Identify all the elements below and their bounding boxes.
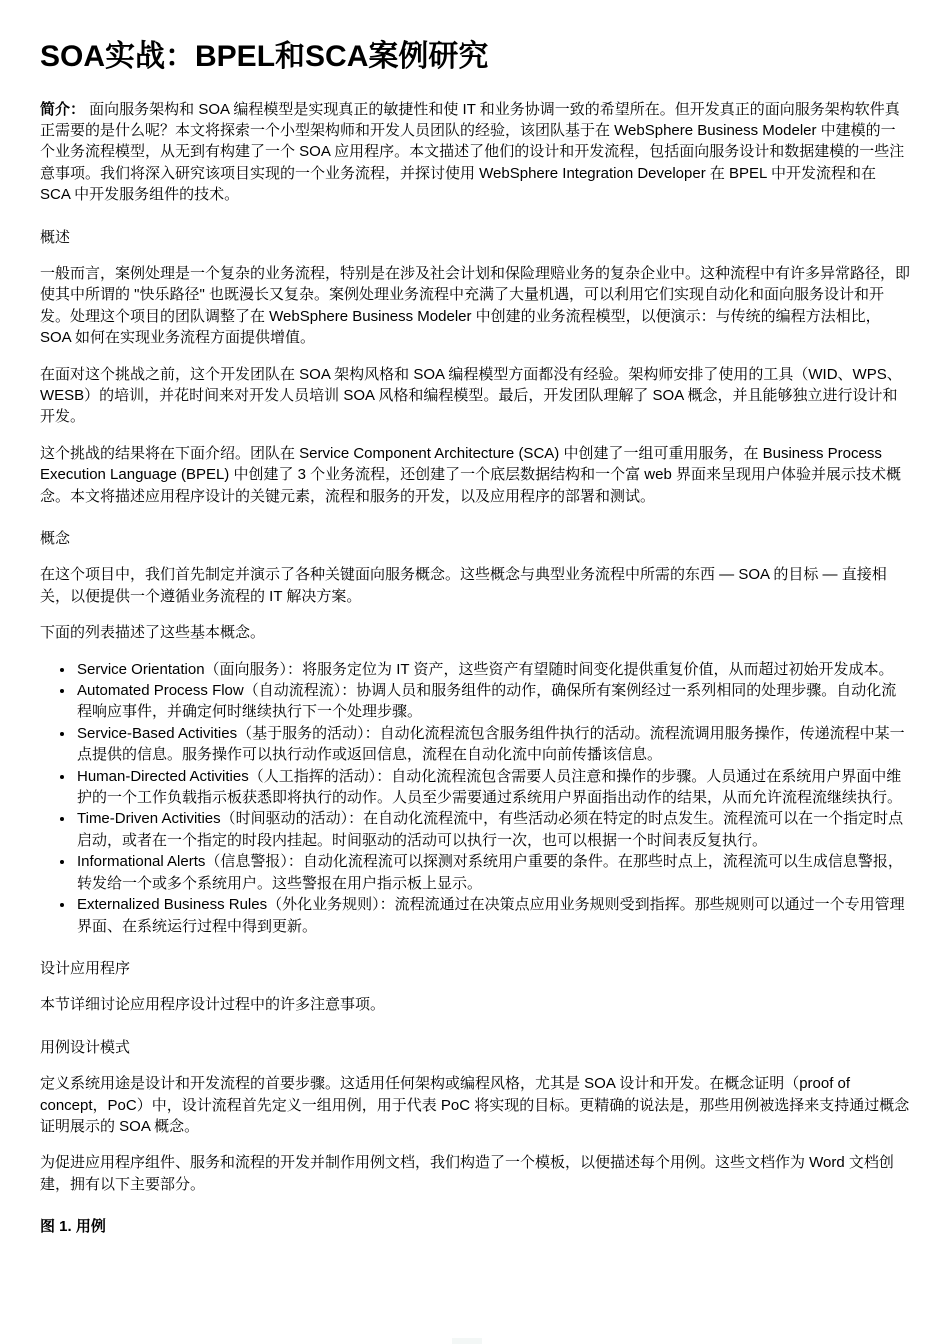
figure-caption: 图 1. 用例 xyxy=(40,1216,910,1237)
page-title: SOA实战：BPEL和SCA案例研究 xyxy=(40,40,910,75)
design-paragraph-1: 本节详细讨论应用程序设计过程中的许多注意事项。 xyxy=(40,994,910,1015)
article-page: SOA实战：BPEL和SCA案例研究 简介： 面向服务架构和 SOA 编程模型是… xyxy=(0,0,950,1238)
section-heading-design-application: 设计应用程序 xyxy=(40,958,910,979)
list-item-externalized-business-rules: Externalized Business Rules（外化业务规则）：流程流通… xyxy=(75,894,910,937)
concept-list: Service Orientation（面向服务）：将服务定位为 IT 资产，这… xyxy=(40,659,910,937)
overview-paragraph-2: 在面对这个挑战之前，这个开发团队在 SOA 架构风格和 SOA 编程模型方面都没… xyxy=(40,364,910,428)
overview-paragraph-3: 这个挑战的结果将在下面介绍。团队在 Service Component Arch… xyxy=(40,443,910,507)
concepts-paragraph-1: 在这个项目中，我们首先制定并演示了各种关键面向服务概念。这些概念与典型业务流程中… xyxy=(40,564,910,607)
section-heading-overview: 概述 xyxy=(40,227,910,248)
list-item-automated-process-flow: Automated Process Flow（自动流程流）：协调人员和服务组件的… xyxy=(75,680,910,723)
list-item-human-directed-activities: Human-Directed Activities（人工指挥的活动）：自动化流程… xyxy=(75,766,910,809)
concepts-paragraph-2: 下面的列表描述了这些基本概念。 xyxy=(40,622,910,643)
intro-paragraph: 简介： 面向服务架构和 SOA 编程模型是实现真正的敏捷性和使 IT 和业务协调… xyxy=(40,99,910,206)
usecase-paragraph-1: 定义系统用途是设计和开发流程的首要步骤。这适用任何架构或编程风格，尤其是 SOA… xyxy=(40,1073,910,1137)
intro-text: 面向服务架构和 SOA 编程模型是实现真正的敏捷性和使 IT 和业务协调一致的希… xyxy=(40,101,904,204)
usecase-paragraph-2: 为促进应用程序组件、服务和流程的开发并制作用例文档，我们构造了一个模板，以便描述… xyxy=(40,1152,910,1195)
overview-paragraph-1: 一般而言，案例处理是一个复杂的业务流程，特别是在涉及社会计划和保险理赔业务的复杂… xyxy=(40,263,910,349)
figure-image-top-edge xyxy=(452,1338,482,1344)
section-heading-concepts: 概念 xyxy=(40,528,910,549)
list-item-service-based-activities: Service-Based Activities（基于服务的活动）：自动化流程流… xyxy=(75,723,910,766)
intro-label: 简介： xyxy=(40,101,85,118)
list-item-informational-alerts: Informational Alerts（信息警报）：自动化流程流可以探测对系统… xyxy=(75,851,910,894)
list-item-time-driven-activities: Time-Driven Activities（时间驱动的活动）：在自动化流程流中… xyxy=(75,808,910,851)
list-item-service-orientation: Service Orientation（面向服务）：将服务定位为 IT 资产，这… xyxy=(75,659,910,680)
section-heading-usecase-pattern: 用例设计模式 xyxy=(40,1037,910,1058)
